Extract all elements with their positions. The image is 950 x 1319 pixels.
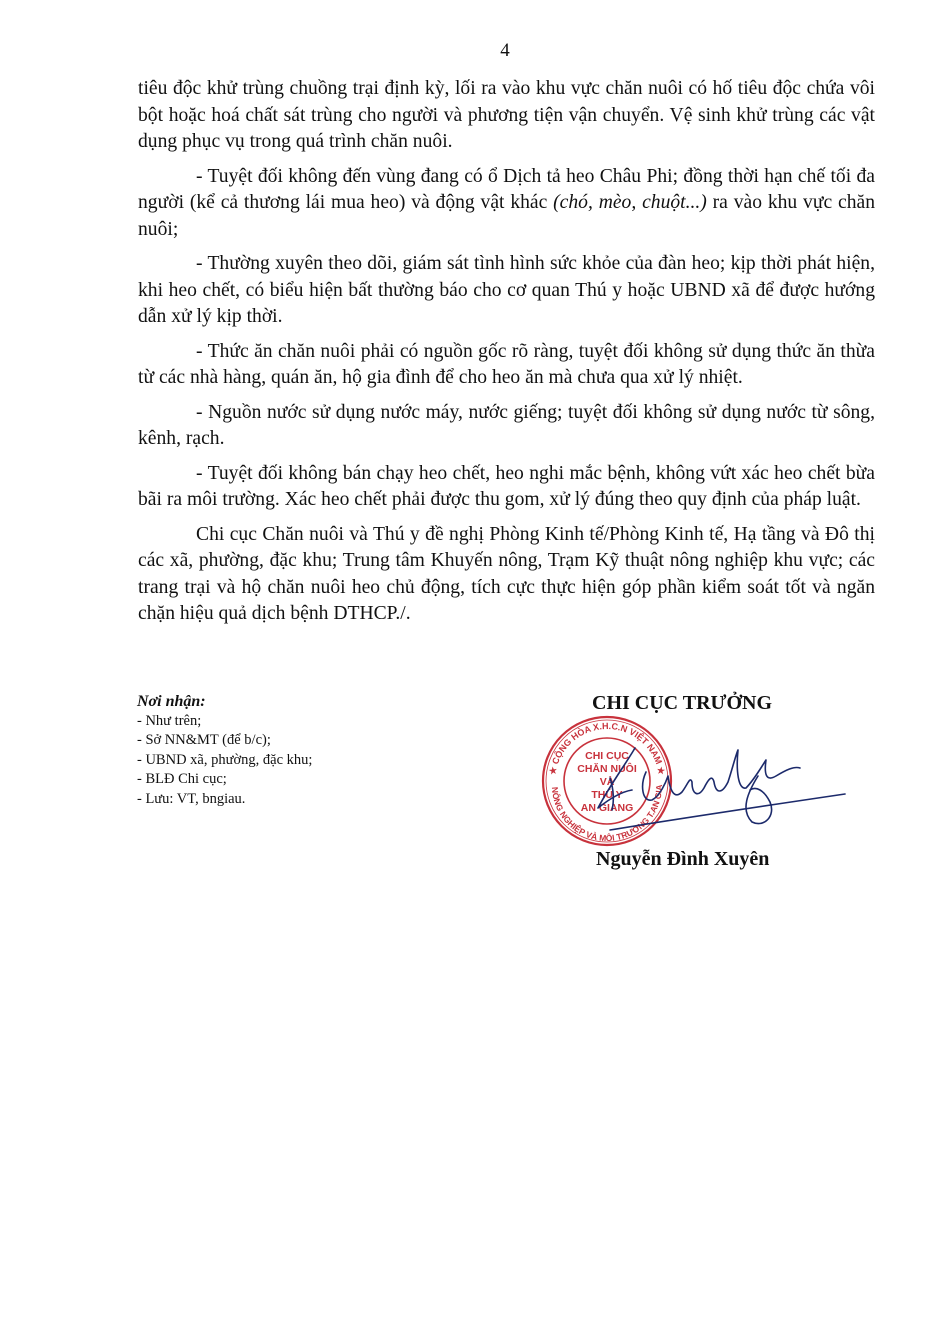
paragraph-feed: - Thức ăn chăn nuôi phải có nguồn gốc rõ… (138, 339, 875, 392)
recipients-title: Nơi nhận: (137, 692, 467, 712)
recipients-list: Nơi nhận: - Như trên; - Sở NN&MT (để b/c… (137, 692, 467, 809)
paragraph-restrict-access: - Tuyệt đối không đến vùng đang có ổ Dịc… (138, 164, 875, 244)
document-body: tiêu độc khử trùng chuồng trại định kỳ, … (138, 76, 875, 636)
handwritten-signature-icon (580, 730, 850, 840)
paragraph-monitor-health: - Thường xuyên theo dõi, giám sát tình h… (138, 251, 875, 331)
recipient-item: - Lưu: VT, bngiau. (137, 790, 467, 810)
signer-title: CHI CỤC TRƯỞNG (592, 692, 772, 715)
recipient-item: - BLĐ Chi cục; (137, 770, 467, 790)
paragraph-request: Chi cục Chăn nuôi và Thú y đề nghị Phòng… (138, 522, 875, 628)
recipient-item: - Như trên; (137, 712, 467, 732)
paragraph-dead-pigs: - Tuyệt đối không bán chạy heo chết, heo… (138, 461, 875, 514)
paragraph-water: - Nguồn nước sử dụng nước máy, nước giến… (138, 400, 875, 453)
signer-name: Nguyễn Đình Xuyên (596, 848, 769, 871)
recipient-item: - Sở NN&MT (để b/c); (137, 731, 467, 751)
recipient-item: - UBND xã, phường, đặc khu; (137, 751, 467, 771)
paragraph-disinfection: tiêu độc khử trùng chuồng trại định kỳ, … (138, 76, 875, 156)
page-number: 4 (0, 40, 950, 62)
